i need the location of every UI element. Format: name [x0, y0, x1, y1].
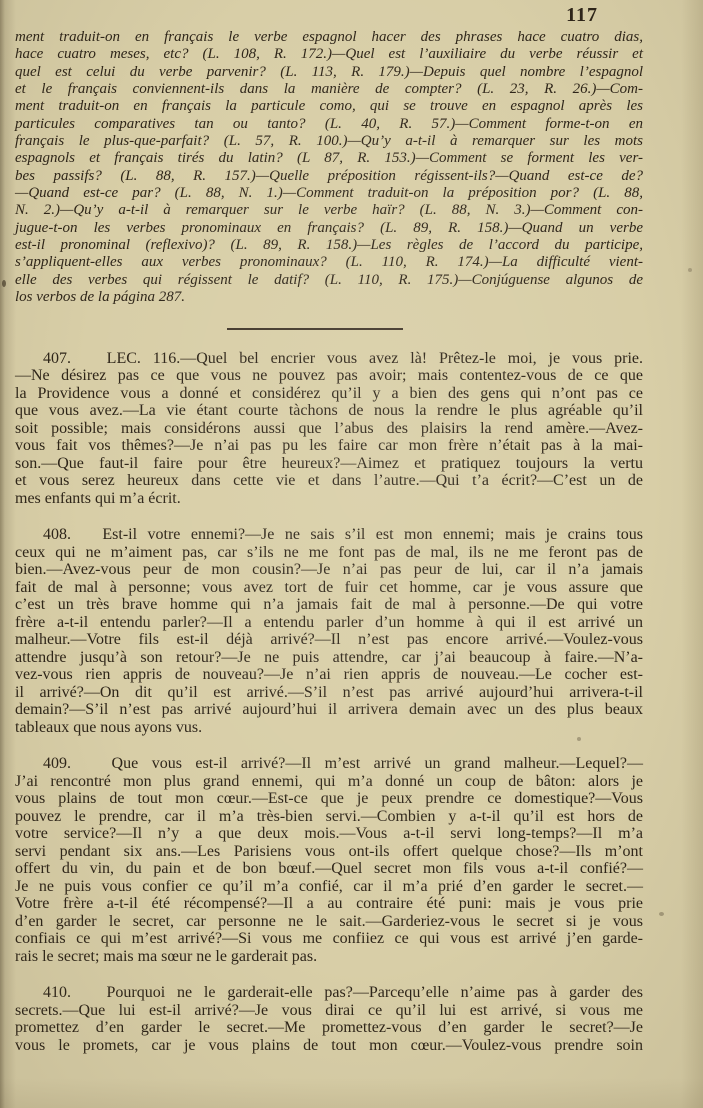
exercise-paragraph-409: 409. Que vous est-il arrivé?—Il m’est ar…: [15, 755, 643, 965]
exercise-409-line: rais le secret; mais ma sœur ne le garde…: [15, 948, 643, 966]
exercise-407-line: que vous avez.—La vie étant courte tàcho…: [15, 402, 643, 420]
intro-question-line: et le français conviennent-ils dans la m…: [15, 81, 643, 98]
intro-question-line: quel est celui du verbe parvenir? (L. 11…: [15, 64, 643, 81]
exercise-408-line: c’est un très brave homme qui n’a jamais…: [15, 596, 643, 614]
exercise-paragraph-407: 407. LEC. 116.—Quel bel encrier vous ave…: [15, 350, 643, 508]
exercise-408-line: attendre jusqu’à son retour?—Je ne puis …: [15, 649, 643, 667]
exercise-409-line: confiais ce qui m’est arrivé?—Si vous me…: [15, 930, 643, 948]
exercise-409-line: 409. Que vous est-il arrivé?—Il m’est ar…: [15, 755, 643, 773]
intro-question-line: espagnols et français tirés du latin? (L…: [15, 150, 643, 167]
page-number: 117: [566, 4, 598, 27]
intro-question-line: —Quand est-ce par? (L. 88, N. 1.)—Commen…: [15, 185, 643, 202]
exercise-409-line: offert du vin, du pain et de bon bœuf.—Q…: [15, 860, 643, 878]
exercise-408-line: ceux qui ne m’aiment pas, car s’ils ne m…: [15, 544, 643, 562]
intro-question-line: français le plus-que-parfait? (L. 57, R.…: [15, 133, 643, 150]
section-divider-rule: [227, 328, 403, 330]
intro-question-line: jugue-t-on les verbes pronominaux en fra…: [15, 220, 643, 237]
intro-question-line: ment traduit-on en français le verbe esp…: [15, 29, 643, 46]
intro-questions-paragraph: ment traduit-on en français le verbe esp…: [15, 29, 643, 307]
ink-speck: [2, 280, 6, 287]
exercise-408-line: vez-vous rien appris de nouveau?—Je n’ai…: [15, 666, 643, 684]
exercise-408-line: bien.—Avez-vous peur de mon cousin?—Je n…: [15, 561, 643, 579]
exercise-409-line: Je ne puis vous confier ce qu’il m’a con…: [15, 878, 643, 896]
exercise-410-line: vous le promets, car je vous plains de t…: [15, 1037, 643, 1055]
exercise-408-line: malheur.—Votre fils est-il déjà arrivé?—…: [15, 631, 643, 649]
intro-question-line: los verbos de la página 287.: [15, 289, 643, 306]
exercise-408-line: tableaux que nous ayons vus.: [15, 719, 643, 737]
intro-question-line: s’appliquent-elles aux verbes pronominau…: [15, 254, 643, 271]
exercise-410-line: promettez d’en garder le secret.—Me prom…: [15, 1019, 643, 1037]
intro-question-line: est-il pronominal (reflexivo)? (L. 89, R…: [15, 237, 643, 254]
intro-question-line: ment traduit-on en français la particule…: [15, 98, 643, 115]
exercise-407-line: son.—Que faut-il faire pour être heureux…: [15, 455, 643, 473]
exercise-408-line: 408. Est-il votre ennemi?—Je ne sais s’i…: [15, 526, 643, 544]
exercise-410-line: 410. Pourquoi ne le garderait-elle pas?—…: [15, 984, 643, 1002]
exercise-408-line: il arrivé?—On dit qu’il est arrivé.—S’il…: [15, 684, 643, 702]
exercise-408-line: demain?—S’il n’est pas arrivé aujourd’hu…: [15, 701, 643, 719]
intro-question-line: particules comparatives tan ou tanto? (L…: [15, 116, 643, 133]
intro-question-line: elle des verbes qui régissent le datif? …: [15, 272, 643, 289]
exercise-paragraphs: 407. LEC. 116.—Quel bel encrier vous ave…: [15, 350, 643, 1055]
intro-question-line: hace cuatro meses, etc? (L. 108, R. 172.…: [15, 46, 643, 63]
exercise-410-line: secrets.—Que lui est-il arrivé?—Je vous …: [15, 1002, 643, 1020]
exercise-407-line: soit possible; mais considérons aussi qu…: [15, 420, 643, 438]
exercise-407-line: vous fait vos thêmes?—Je n’ai pas pu les…: [15, 437, 643, 455]
exercise-409-line: Votre frère a-t-il été récompensé?—Il a …: [15, 895, 643, 913]
exercise-408-line: fait de mal à personne; vous avez tort d…: [15, 579, 643, 597]
exercise-408-line: frère a-t-il entendu parler?—Il a entend…: [15, 614, 643, 632]
exercise-409-line: servi pendant six ans.—Les Parisiens vou…: [15, 843, 643, 861]
exercise-407-line: —Ne désirez pas ce que vous ne pouvez pa…: [15, 367, 643, 385]
exercise-409-line: votre service?—Il n’y a que deux mois.—V…: [15, 825, 643, 843]
exercise-407-line: et vous serez heureux dans cette vie et …: [15, 472, 643, 490]
exercise-407-line: mes enfants qui m’a écrit.: [15, 490, 643, 508]
exercise-409-line: J’ai rencontré mon plus grand ennemi, qu…: [15, 773, 643, 791]
intro-question-line: N. 2.)—Qu’y a-t-il à remarquer sur le ve…: [15, 202, 643, 219]
book-page: 117 ment traduit-on en français le verbe…: [0, 0, 703, 1108]
exercise-409-line: pouvez le prendre, car il m’a très-bien …: [15, 808, 643, 826]
exercise-paragraph-408: 408. Est-il votre ennemi?—Je ne sais s’i…: [15, 526, 643, 736]
exercise-409-line: vous plains de tout mon cœur.—Est-ce que…: [15, 790, 643, 808]
ink-speck: [659, 912, 664, 916]
exercise-409-line: d’en garder le secret, car personne ne l…: [15, 913, 643, 931]
exercise-paragraph-410: 410. Pourquoi ne le garderait-elle pas?—…: [15, 984, 643, 1054]
exercise-407-line: 407. LEC. 116.—Quel bel encrier vous ave…: [15, 350, 643, 368]
intro-question-line: bes passifs? (L. 88, R. 157.)—Quelle pré…: [15, 168, 643, 185]
ink-speck: [688, 268, 692, 272]
exercise-407-line: la Providence vous a donné et considérez…: [15, 385, 643, 403]
